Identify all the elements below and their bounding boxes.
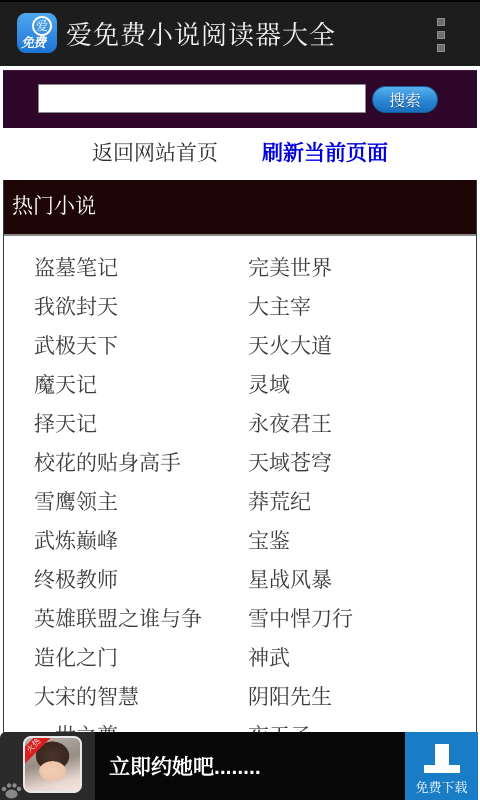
- search-input[interactable]: [38, 84, 366, 113]
- nav-links-row: 返回网站首页 刷新当前页面: [0, 138, 480, 166]
- novel-link[interactable]: 宝鉴: [248, 522, 290, 561]
- novel-link[interactable]: 大主宰: [248, 288, 311, 327]
- novel-list-row: 魔天记 灵域: [4, 366, 476, 405]
- hot-ribbon-badge: 火热: [23, 736, 55, 767]
- novel-list-row: 盗墓笔记 完美世界: [4, 249, 476, 288]
- novel-list-row: 英雄联盟之谁与争 雪中悍刀行: [4, 600, 476, 639]
- novel-link[interactable]: 雪中悍刀行: [248, 600, 353, 639]
- novel-list-row: 造化之门 神武: [4, 639, 476, 678]
- ad-left-section: 火热: [0, 732, 95, 800]
- menu-dot: [437, 31, 445, 39]
- novel-link[interactable]: 择天记: [34, 405, 97, 444]
- novel-list-row: 武炼巅峰 宝鉴: [4, 522, 476, 561]
- novel-list-row: 雪鹰领主 莽荒纪: [4, 483, 476, 522]
- novel-link[interactable]: 我欲封天: [34, 288, 118, 327]
- novel-list-row: 择天记 永夜君王: [4, 405, 476, 444]
- novel-link[interactable]: 灵域: [248, 366, 290, 405]
- novel-link[interactable]: 永夜君王: [248, 405, 332, 444]
- download-icon: [422, 744, 462, 774]
- download-label: 免费下载: [415, 777, 467, 796]
- novel-link[interactable]: 武炼巅峰: [34, 522, 118, 561]
- hot-novels-header: 热门小说: [4, 180, 476, 236]
- novel-list-row: 校花的贴身高手 天域苍穹: [4, 444, 476, 483]
- refresh-link[interactable]: 刷新当前页面: [262, 137, 388, 167]
- home-link[interactable]: 返回网站首页: [92, 137, 218, 167]
- search-band: 搜索: [3, 70, 477, 128]
- logo-script-glyph: 免费: [21, 32, 45, 51]
- app-title: 爱免费小说阅读器大全: [66, 2, 336, 68]
- hot-novels-list: 盗墓笔记 完美世界 我欲封天 大主宰 武极天下 天火大道 魔天记 灵域 择天记 …: [4, 236, 476, 756]
- paw-icon: [1, 782, 22, 799]
- novel-link[interactable]: 完美世界: [248, 249, 332, 288]
- novel-link[interactable]: 魔天记: [34, 366, 97, 405]
- search-button[interactable]: 搜索: [372, 86, 438, 113]
- novel-link[interactable]: 大宋的智慧: [34, 678, 139, 717]
- ad-photo[interactable]: 火热: [23, 736, 82, 793]
- novel-link[interactable]: 阴阳先生: [248, 678, 332, 717]
- novel-link[interactable]: 校花的贴身高手: [34, 444, 181, 483]
- menu-dot: [437, 18, 445, 26]
- overflow-menu-icon[interactable]: [434, 18, 448, 52]
- novel-list-row: 我欲封天 大主宰: [4, 288, 476, 327]
- novel-link[interactable]: 雪鹰领主: [34, 483, 118, 522]
- novel-list-row: 武极天下 天火大道: [4, 327, 476, 366]
- ad-text: 立即约她吧........: [109, 751, 261, 781]
- menu-dot: [437, 44, 445, 52]
- novel-link[interactable]: 莽荒纪: [248, 483, 311, 522]
- novel-list-row: 终极教师 星战风暴: [4, 561, 476, 600]
- novel-link[interactable]: 盗墓笔记: [34, 249, 118, 288]
- ad-banner[interactable]: 火热 立即约她吧........ 免费下载: [0, 732, 480, 800]
- novel-link[interactable]: 英雄联盟之谁与争: [34, 600, 202, 639]
- novel-link[interactable]: 神武: [248, 639, 290, 678]
- novel-link[interactable]: 星战风暴: [248, 561, 332, 600]
- app-logo-icon: 爱 免费: [17, 13, 57, 53]
- novel-link[interactable]: 天火大道: [248, 327, 332, 366]
- hot-novels-panel: 热门小说 盗墓笔记 完美世界 我欲封天 大主宰 武极天下 天火大道 魔天记 灵域…: [3, 180, 477, 800]
- free-download-button[interactable]: 免费下载: [405, 732, 478, 800]
- novel-link[interactable]: 造化之门: [34, 639, 118, 678]
- novel-list-row: 大宋的智慧 阴阳先生: [4, 678, 476, 717]
- novel-link[interactable]: 终极教师: [34, 561, 118, 600]
- novel-link[interactable]: 天域苍穹: [248, 444, 332, 483]
- novel-link[interactable]: 武极天下: [34, 327, 118, 366]
- app-bar: 爱 免费 爱免费小说阅读器大全: [0, 0, 480, 66]
- ad-middle-section[interactable]: 立即约她吧........: [95, 732, 405, 800]
